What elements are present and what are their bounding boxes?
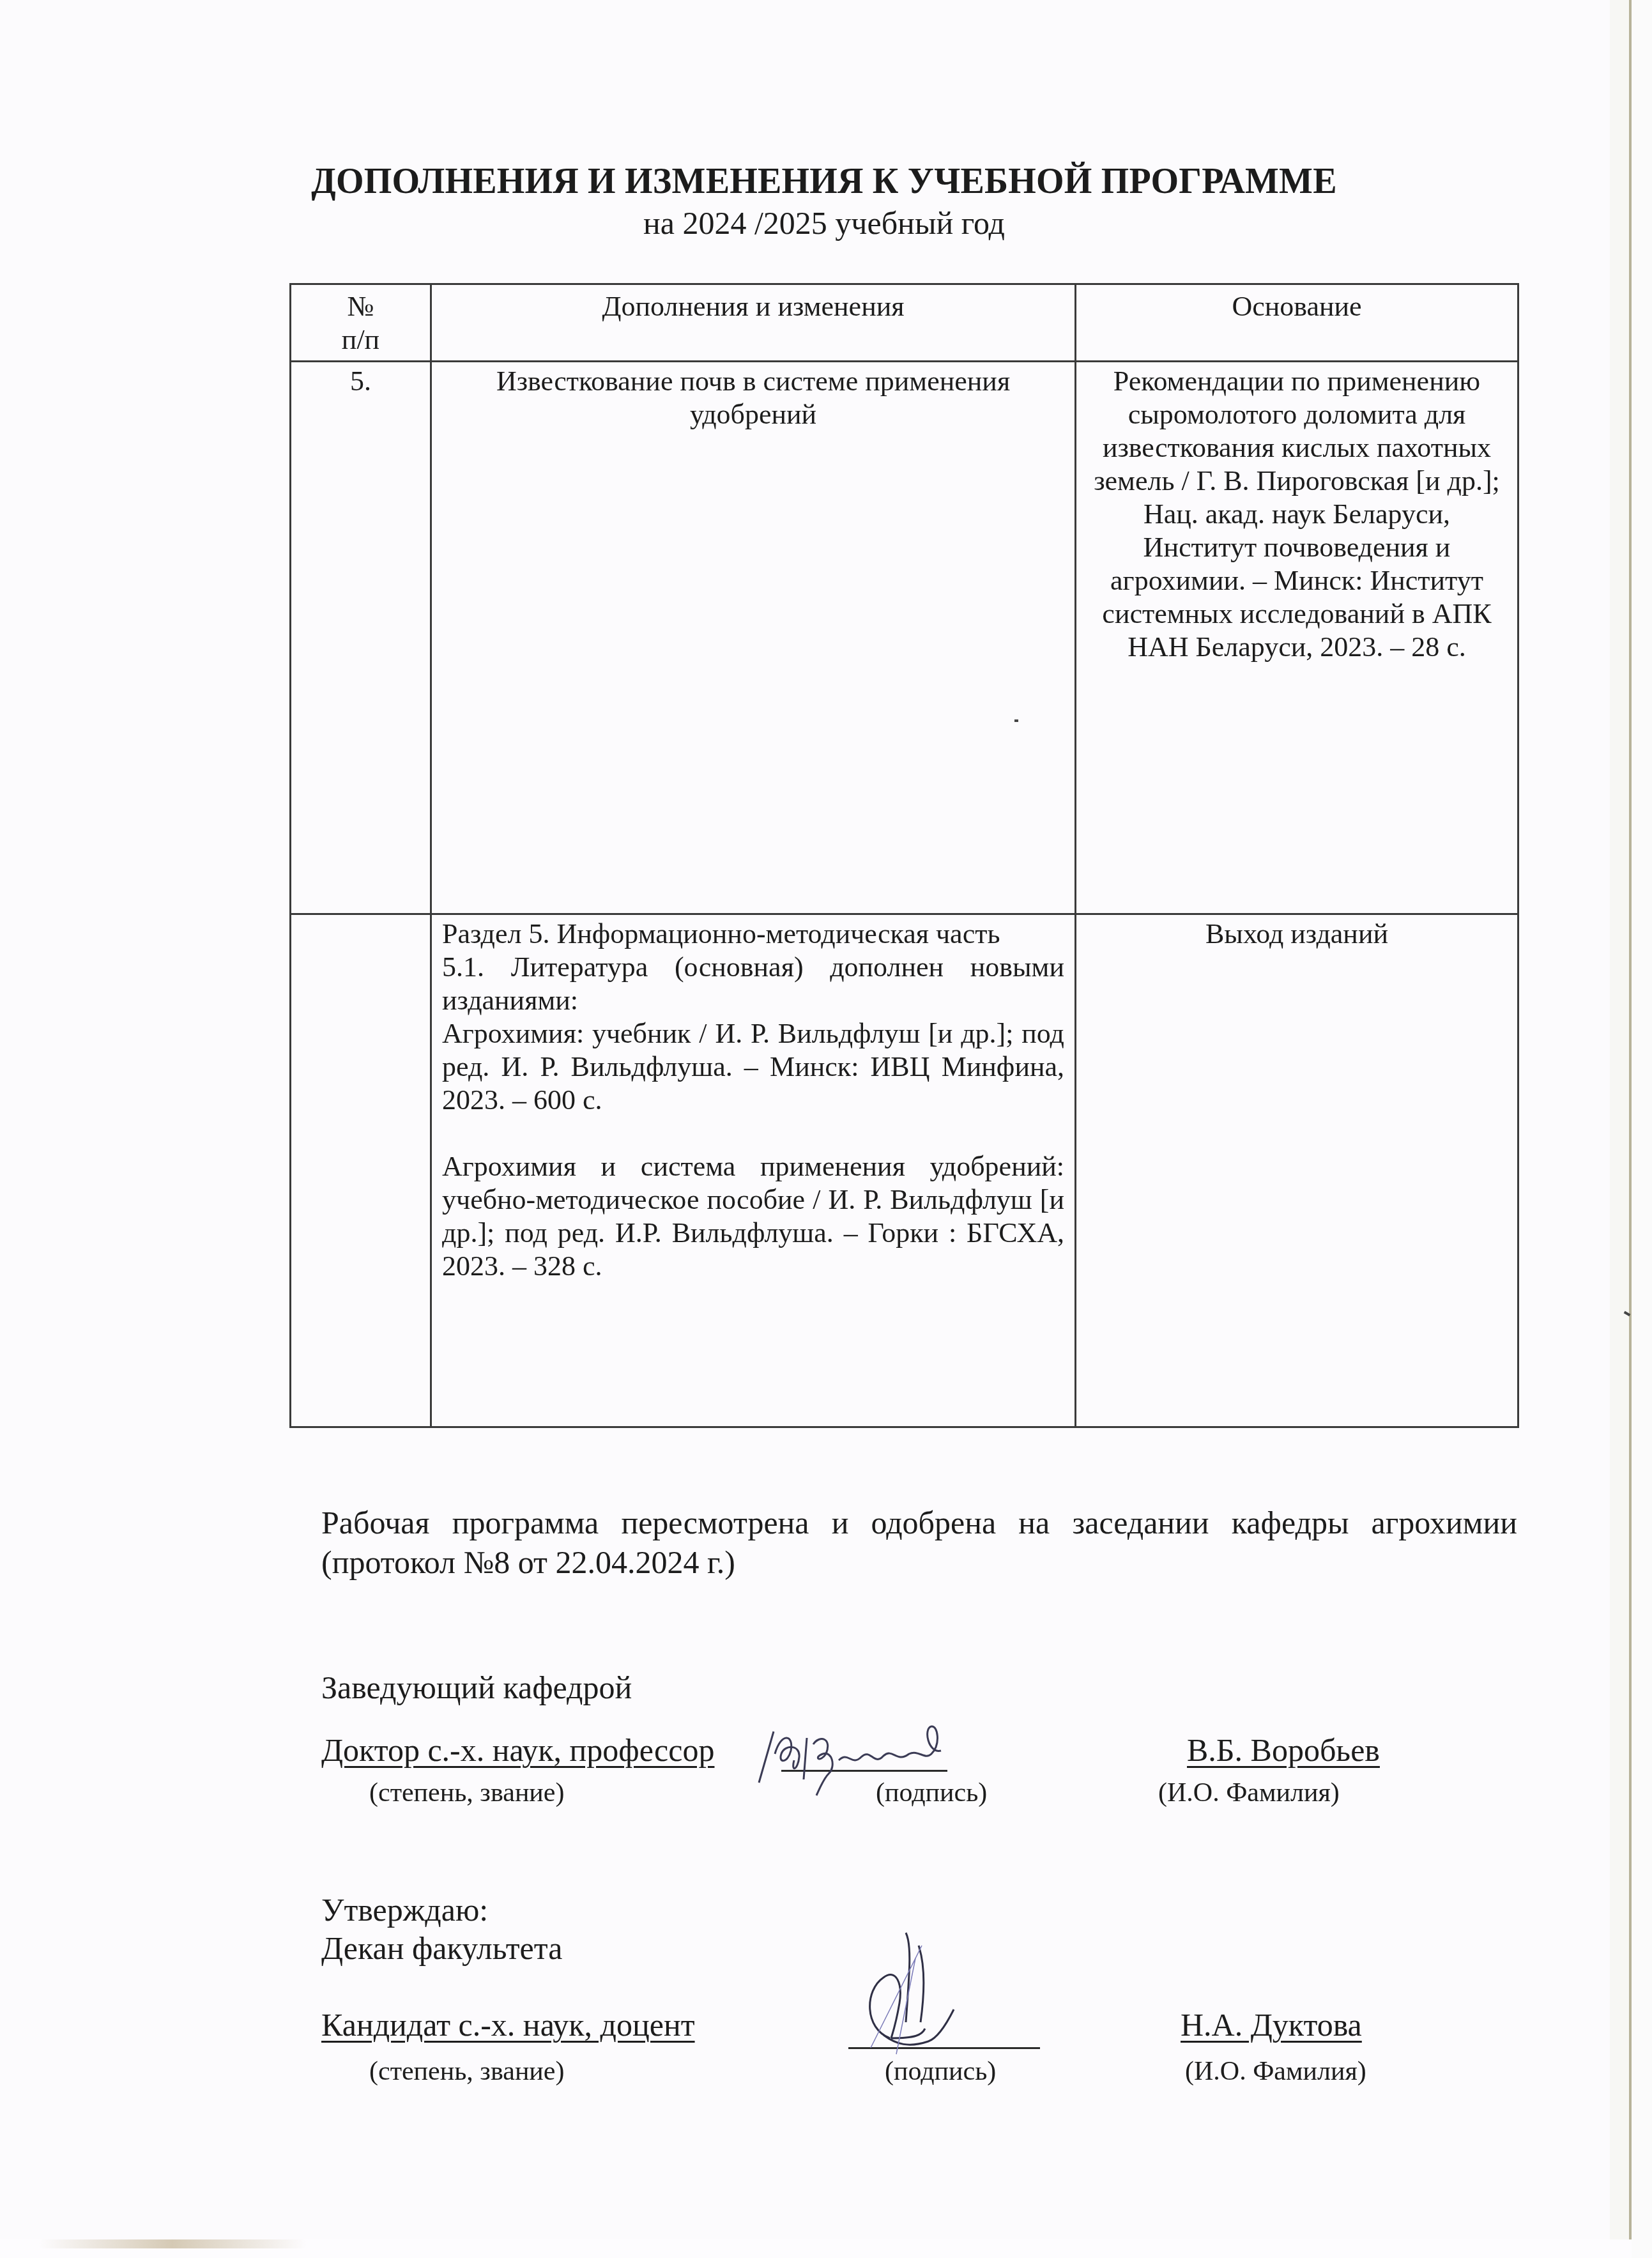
caption-name: (И.О. Фамилия) — [1158, 1778, 1340, 1808]
approval-statement: Рабочая программа пересмотрена и одобрен… — [321, 1503, 1517, 1582]
signer-name: Н.А. Дуктова — [1181, 2006, 1362, 2043]
header-basis: Основание — [1076, 284, 1518, 362]
approval-label: Утверждаю: — [321, 1891, 488, 1928]
document-title: ДОПОЛНЕНИЯ И ИЗМЕНЕНИЯ К УЧЕБНОЙ ПРОГРАМ… — [198, 161, 1450, 202]
row-basis: Рекомендации по применению сыромолотого … — [1076, 362, 1518, 914]
literature-item: Агрохимия: учебник / И. Р. Вильдфлуш [и … — [442, 1017, 1064, 1117]
handwritten-signature-icon — [845, 1920, 986, 2067]
row-num — [291, 914, 431, 1427]
row-changes: Раздел 5. Информационно-методическая час… — [431, 914, 1076, 1427]
header-num-symbol: № — [348, 291, 374, 322]
table-header-row: № п/п Дополнения и изменения Основание — [291, 284, 1518, 362]
signer-position: Декан факультета — [321, 1930, 562, 1967]
scan-smudge — [38, 2239, 307, 2248]
signature-row: Доктор с.-х. наук, профессор В.Б. Воробь… — [321, 1732, 1535, 1770]
caption-signature: (подпись) — [885, 2056, 996, 2087]
caption-name: (И.О. Фамилия) — [1185, 2056, 1366, 2087]
signer-degree: Доктор с.-х. наук, профессор — [321, 1732, 714, 1769]
caption-degree: (степень, звание) — [369, 2056, 564, 2087]
row-basis: Выход изданий — [1076, 914, 1518, 1427]
header-num-abbr: п/п — [342, 324, 379, 355]
header-changes: Дополнения и изменения — [431, 284, 1076, 362]
signer-degree: Кандидат с.-х. наук, доцент — [321, 2006, 695, 2043]
signature-row: Кандидат с.-х. наук, доцент Н.А. Дуктова — [321, 2006, 1535, 2045]
changes-table: № п/п Дополнения и изменения Основание 5… — [289, 283, 1519, 1428]
caption-signature: (подпись) — [876, 1778, 987, 1808]
table-row: Раздел 5. Информационно-методическая час… — [291, 914, 1518, 1427]
table-row: 5. Известкование почв в системе применен… — [291, 362, 1518, 914]
document-subtitle: на 2024 /2025 учебный год — [198, 204, 1450, 242]
scan-edge — [1610, 0, 1630, 2239]
scan-speck — [1014, 719, 1018, 722]
row-changes: Известкование почв в системе применения … — [431, 362, 1076, 914]
literature-note: 5.1. Литература (основная) дополнен новы… — [442, 951, 1064, 1017]
section-heading: Раздел 5. Информационно-методическая час… — [442, 918, 1064, 951]
scan-background — [1632, 0, 1652, 2258]
header-num: № п/п — [291, 284, 431, 362]
signer-name: В.Б. Воробьев — [1187, 1732, 1380, 1769]
row-num: 5. — [291, 362, 431, 914]
caption-degree: (степень, звание) — [369, 1778, 564, 1808]
paragraph-spacer — [442, 1117, 1064, 1150]
signer-position: Заведующий кафедрой — [321, 1669, 632, 1706]
literature-item: Агрохимия и система применения удобрений… — [442, 1150, 1064, 1283]
